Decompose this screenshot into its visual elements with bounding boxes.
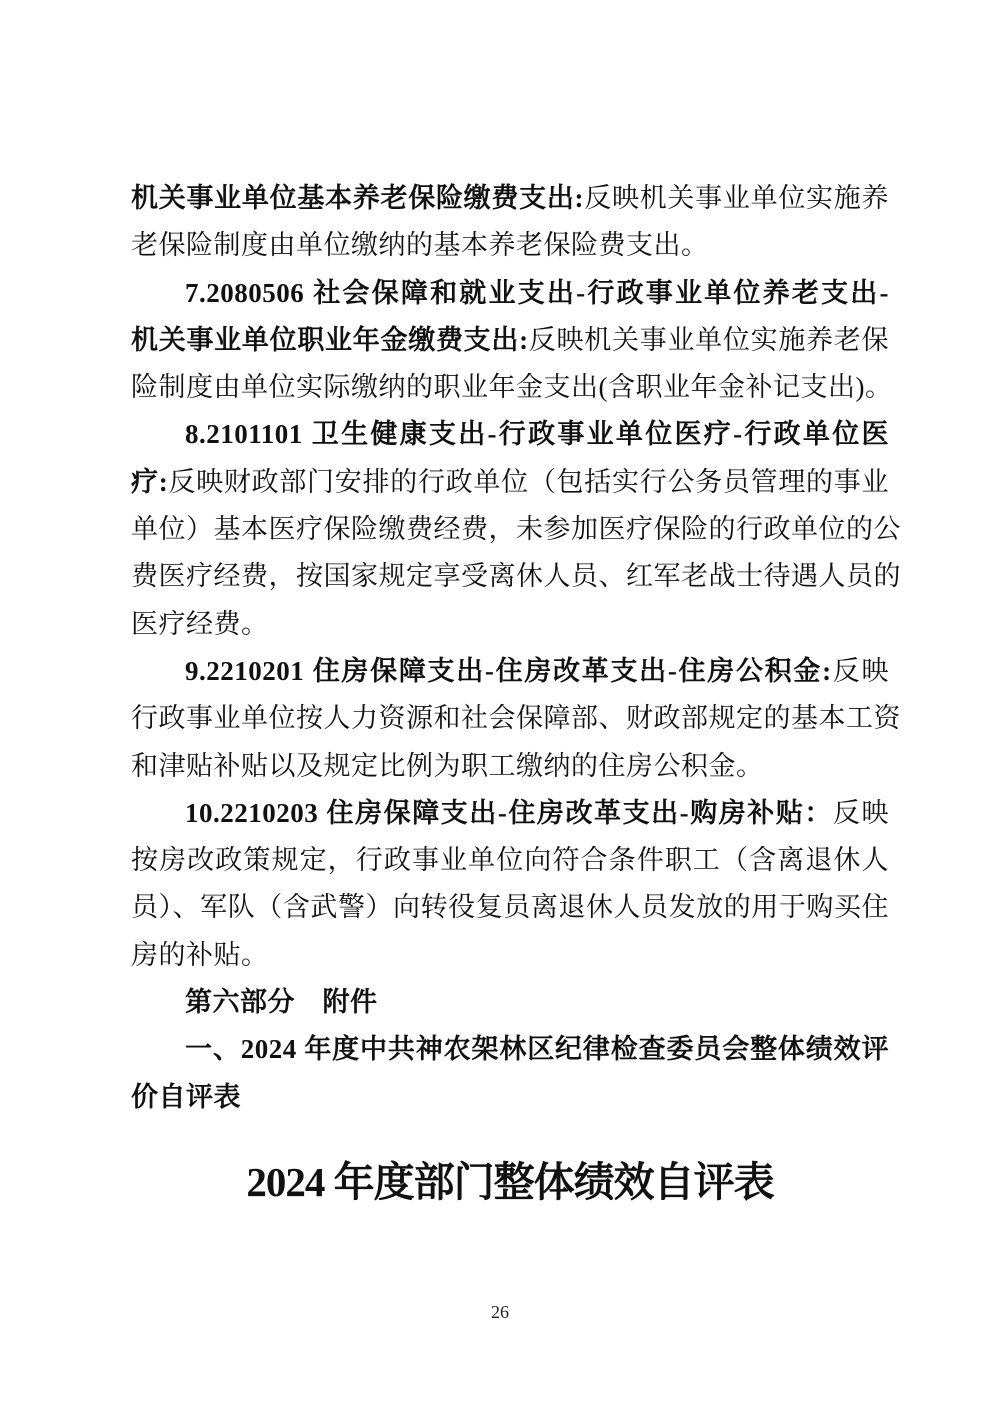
attachment-table-title: 2024 年度部门整体绩效自评表: [131, 1152, 889, 1212]
text-segment: 8.2101101 卫生健康支出-行政事业单位医疗-行政单位医: [185, 419, 889, 449]
text-segment: 疗:: [131, 467, 168, 497]
text-segment: 价自评表: [131, 1082, 241, 1112]
text-segment: 10.2210203 住房保障支出-住房改革支出-购房补贴：: [185, 798, 833, 828]
text-segment: 反映机关事业单位实施养: [584, 183, 889, 213]
text-line: 险制度由单位实际缴纳的职业年金支出(含职业年金补记支出)。: [131, 364, 889, 411]
text-segment: 第六部分 附件: [185, 987, 378, 1017]
page-number: 26: [0, 1302, 1000, 1323]
text-segment: 单位）基本医疗保险缴费经费，未参加医疗保险的行政单位的公: [131, 514, 901, 544]
text-segment: 老保险制度由单位缴纳的基本养老保险费支出。: [131, 230, 709, 260]
text-line: 和津贴补贴以及规定比例为职工缴纳的住房公积金。: [131, 743, 889, 790]
text-line: 一、2024 年度中共神农架林区纪律检查委员会整体绩效评: [131, 1026, 889, 1073]
text-segment: 7.2080506 社会保障和就业支出-行政事业单位养老支出-: [185, 278, 889, 308]
text-line: 7.2080506 社会保障和就业支出-行政事业单位养老支出-: [131, 270, 889, 317]
text-line: 9.2210201 住房保障支出-住房改革支出-住房公积金:反映: [131, 648, 889, 695]
text-segment: 机关事业单位职业年金缴费支出:: [131, 325, 529, 355]
text-segment: 9.2210201 住房保障支出-住房改革支出-住房公积金:: [185, 656, 832, 686]
text-segment: 反映: [833, 798, 889, 828]
text-line: 机关事业单位基本养老保险缴费支出:反映机关事业单位实施养: [131, 175, 889, 222]
text-segment: 和津贴补贴以及规定比例为职工缴纳的住房公积金。: [131, 751, 764, 781]
text-segment: 反映: [832, 656, 889, 686]
text-segment: 险制度由单位实际缴纳的职业年金支出(含职业年金补记支出)。: [131, 372, 892, 402]
text-line: 费医疗经费，按国家规定享受离休人员、红军老战士待遇人员的: [131, 553, 889, 600]
text-line: 老保险制度由单位缴纳的基本养老保险费支出。: [131, 222, 889, 269]
text-segment: 费医疗经费，按国家规定享受离休人员、红军老战士待遇人员的: [131, 561, 901, 591]
text-line: 员）、军队（含武警）向转役复员离退休人员发放的用于购买住: [131, 884, 889, 931]
text-line: 医疗经费。: [131, 601, 889, 648]
text-segment: 一、2024 年度中共神农架林区纪律检查委员会整体绩效评: [185, 1034, 889, 1064]
text-segment: 反映机关事业单位实施养老保: [529, 325, 889, 355]
text-segment: 医疗经费。: [131, 609, 269, 639]
document-body: 机关事业单位基本养老保险缴费支出:反映机关事业单位实施养老保险制度由单位缴纳的基…: [131, 175, 889, 1121]
text-segment: 机关事业单位基本养老保险缴费支出:: [131, 183, 584, 213]
text-line: 8.2101101 卫生健康支出-行政事业单位医疗-行政单位医: [131, 411, 889, 458]
text-segment: 行政事业单位按人力资源和社会保障部、财政部规定的基本工资: [131, 703, 901, 733]
text-segment: 反映财政部门安排的行政单位（包括实行公务员管理的事业: [168, 467, 889, 497]
text-line: 房的补贴。: [131, 932, 889, 979]
text-segment: 房的补贴。: [131, 940, 269, 970]
text-segment: 按房改政策规定，行政事业单位向符合条件职工（含离退休人: [131, 845, 889, 875]
text-line: 行政事业单位按人力资源和社会保障部、财政部规定的基本工资: [131, 695, 889, 742]
text-line: 疗:反映财政部门安排的行政单位（包括实行公务员管理的事业: [131, 459, 889, 506]
text-line: 价自评表: [131, 1074, 889, 1121]
text-line: 第六部分 附件: [131, 979, 889, 1026]
text-line: 10.2210203 住房保障支出-住房改革支出-购房补贴：反映: [131, 790, 889, 837]
text-line: 机关事业单位职业年金缴费支出:反映机关事业单位实施养老保: [131, 317, 889, 364]
text-line: 按房改政策规定，行政事业单位向符合条件职工（含离退休人: [131, 837, 889, 884]
text-line: 单位）基本医疗保险缴费经费，未参加医疗保险的行政单位的公: [131, 506, 889, 553]
document-page: 机关事业单位基本养老保险缴费支出:反映机关事业单位实施养老保险制度由单位缴纳的基…: [0, 0, 1000, 1414]
text-segment: 员）、军队（含武警）向转役复员离退休人员发放的用于购买住: [131, 892, 889, 922]
